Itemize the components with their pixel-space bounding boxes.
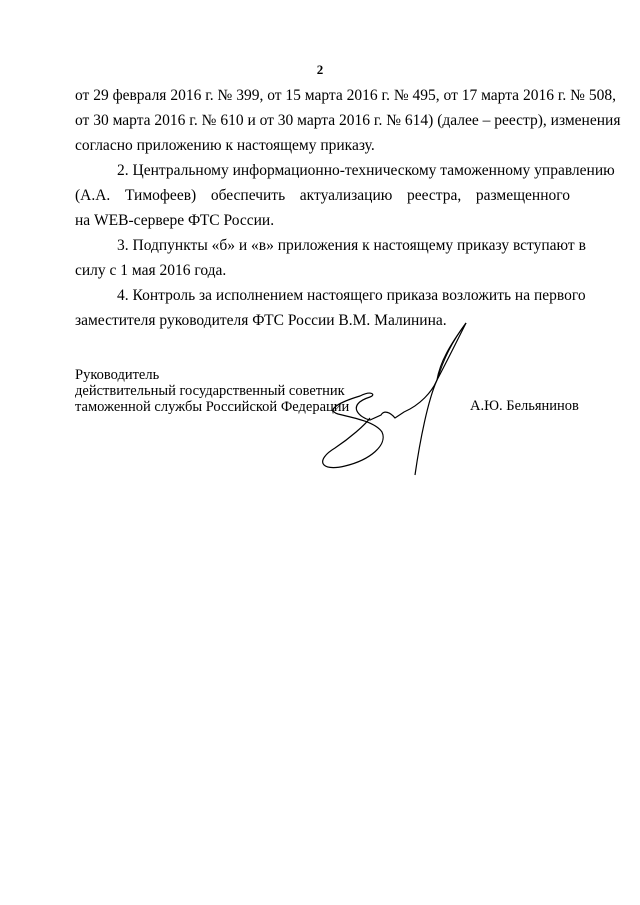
handwritten-signature xyxy=(0,0,640,905)
